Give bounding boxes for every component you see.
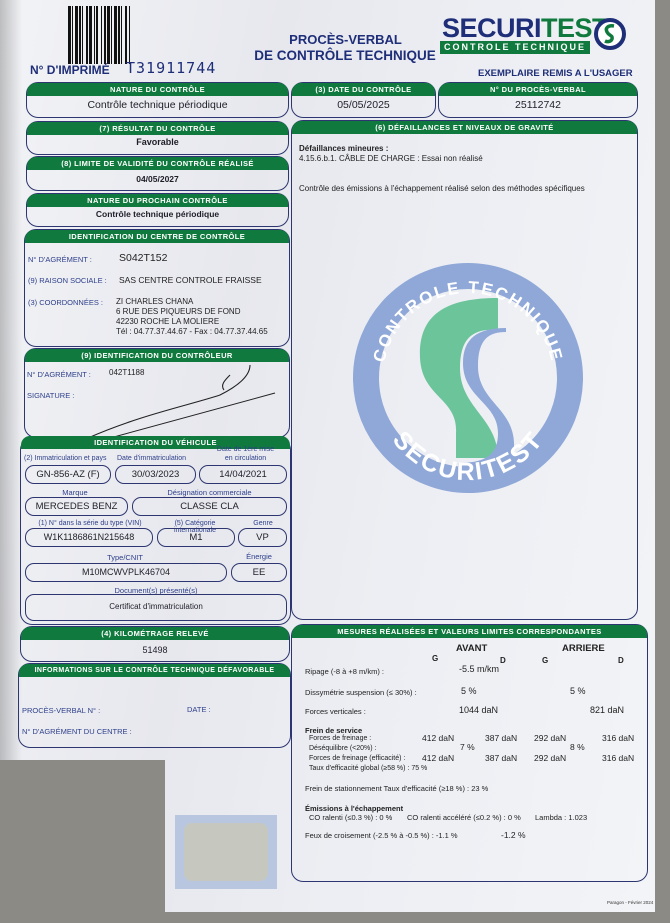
marque-label: Marque [25, 488, 125, 497]
feux-croisement: Feux de croisement (-2.5 % à -0.5 %) : -… [305, 831, 458, 840]
prochain-controle-value: Contrôle technique périodique [27, 209, 288, 219]
taux-global: Taux d'efficacité global (≥58 %) : 75 % [309, 765, 427, 772]
dissymetrie-label: Dissymétrie suspension (≤ 30%) : [305, 688, 417, 697]
nature-controle-header: NATURE DU CONTRÔLE [27, 83, 288, 96]
forces-freinage-rg: 292 daN [534, 733, 566, 743]
desequilibre-arriere: 8 % [570, 742, 585, 752]
type-value: M10MCWVPLK46704 [25, 563, 227, 582]
desequilibre-avant: 7 % [460, 742, 475, 752]
limite-validite-value: 04/05/2027 [27, 174, 288, 184]
frein-service-title: Frein de service [305, 726, 362, 735]
securitest-watermark-icon: CONTROLE TECHNIQUE SECURITEST [348, 258, 588, 498]
vin-label: (1) N° dans la série du type (VIN) [25, 520, 155, 527]
genre-label: Genre [238, 520, 288, 527]
defavorable-header: INFORMATIONS SUR LE CONTRÔLE TECHNIQUE D… [19, 664, 290, 677]
type-label: Type/CNIT [25, 553, 225, 562]
forces-efficacite-rg: 292 daN [534, 753, 566, 763]
centre-coord-line3: 42230 ROCHE LA MOLIERE [116, 317, 219, 326]
numero-imprime-value: T31911744 [126, 59, 216, 77]
defavorable-pv-label: PROCÈS-VERBAL N° : [22, 706, 100, 715]
dissymetrie-avant: 5 % [461, 686, 477, 696]
kilometrage-header: (4) KILOMÉTRAGE RELEVÉ [21, 627, 289, 640]
forces-efficacite-rd: 316 daN [602, 753, 634, 763]
col-g-avant: G [432, 654, 438, 663]
energie-value: EE [231, 563, 287, 582]
col-d-arriere: D [618, 656, 624, 665]
forces-efficacite-ad: 387 daN [485, 753, 517, 763]
centre-header: IDENTIFICATION DU CENTRE DE CONTRÔLE [25, 230, 289, 243]
date-immat-label: Date d'immatriculation [117, 455, 186, 462]
desequilibre-label: Déséquilibre (<20%) : [309, 745, 377, 752]
forces-efficacite-ag: 412 daN [422, 753, 454, 763]
immat-label: (2) Immatriculation et pays [24, 455, 106, 462]
brand-tagline: CONTROLE TECHNIQUE [440, 41, 590, 54]
defavorable-date-label: DATE : [187, 705, 211, 714]
date-controle-header: (3) DATE DU CONTRÔLE [292, 83, 435, 96]
paper-shadow [0, 0, 22, 760]
centre-raison-value: SAS CENTRE CONTROLE FRAISSE [119, 275, 262, 285]
lambda: Lambda : 1.023 [535, 813, 587, 822]
centre-coord-line4: Tél : 04.77.37.44.67 - Fax : 04.77.37.44… [116, 327, 268, 336]
documents-value: Certificat d'immatriculation [25, 594, 287, 621]
centre-coord-line2: 6 RUE DES PIQUEURS DE FOND [116, 307, 240, 316]
forces-verticales-arriere: 821 daN [590, 705, 624, 715]
signature-scribble [80, 360, 280, 440]
printer-footer: Paragon - Février 2024 [607, 900, 653, 905]
brand-logo-text: SECURITEST [442, 13, 608, 44]
categorie-value: M1 [157, 528, 235, 547]
col-g-arriere: G [542, 656, 548, 665]
numero-imprime-label: N° D'IMPRIMÉ [30, 63, 110, 77]
marque-value: MERCEDES BENZ [25, 497, 128, 516]
premiere-mise-label1: Date de 1ère mise [203, 446, 288, 453]
numero-pv-header: N° DU PROCÈS-VERBAL [439, 83, 637, 96]
co-ralenti: CO ralenti (≤0.3 %) : 0 % [309, 813, 392, 822]
mesures-box [291, 624, 648, 882]
centre-agrement-label: N° D'AGRÉMENT : [28, 255, 92, 264]
date-controle-value: 05/05/2025 [292, 99, 435, 111]
forces-freinage-rd: 316 daN [602, 733, 634, 743]
date-immat-value: 30/03/2023 [115, 465, 196, 484]
designation-label: Désignation commerciale [132, 488, 287, 497]
limite-validite-header: (8) LIMITE DE VALIDITÉ DU CONTRÔLE RÉALI… [27, 157, 288, 170]
nature-controle-value: Contrôle technique périodique [27, 99, 288, 111]
brand-name-part1: SECURI [442, 13, 541, 43]
defaillances-mineures-item: 4.15.6.b.1. CÂBLE DE CHARGE : Essai non … [299, 154, 483, 163]
envelope-window-frame [175, 815, 277, 889]
vin-value: W1K1186861N215648 [25, 528, 153, 547]
ripage-label: Ripage (-8 à +8 m/km) : [305, 667, 384, 676]
resultat-header: (7) RÉSULTAT DU CONTRÔLE [27, 122, 288, 135]
premiere-mise-label2: en circulation [203, 455, 288, 462]
frein-stationnement: Frein de stationnement Taux d'efficacité… [305, 784, 488, 793]
signature-label: SIGNATURE : [27, 391, 74, 400]
defaillances-header: (6) DÉFAILLANCES ET NIVEAUX DE GRAVITÉ [292, 121, 637, 134]
forces-efficacite-label: Forces de freinage (efficacité) : [309, 755, 405, 762]
ripage-value: -5.5 m/km [459, 664, 499, 674]
mesures-avant: AVANT [456, 643, 487, 654]
immat-value: GN-856-AZ (F) [25, 465, 111, 484]
feux-croisement-droite: -1.2 % [501, 830, 526, 840]
kilometrage-value: 51498 [21, 645, 289, 655]
designation-value: CLASSE CLA [132, 497, 287, 516]
emissions-title: Émissions à l'échappement [305, 804, 403, 813]
forces-verticales-avant: 1044 daN [459, 705, 498, 715]
mesures-header: MESURES RÉALISÉES ET VALEURS LIMITES COR… [292, 625, 647, 638]
numero-pv-value: 25112742 [439, 99, 637, 111]
barcode [68, 6, 183, 64]
defavorable-agrement-label: N° D'AGRÉMENT DU CENTRE : [22, 727, 132, 736]
forces-freinage-label: Forces de freinage : [309, 735, 371, 742]
forces-freinage-ad: 387 daN [485, 733, 517, 743]
mesures-arriere: ARRIERE [562, 643, 605, 654]
centre-coord-line1: ZI CHARLES CHANA [116, 297, 193, 306]
envelope-window [184, 823, 268, 881]
centre-raison-label: (9) RAISON SOCIALE : [28, 276, 107, 285]
dissymetrie-arriere: 5 % [570, 686, 586, 696]
resultat-value: Favorable [27, 137, 288, 147]
co-ralenti-accelere: CO ralenti accéléré (≤0.2 %) : 0 % [407, 813, 521, 822]
centre-coord-label: (3) COORDONNÉES : [28, 298, 103, 307]
exemplaire-label: EXEMPLAIRE REMIS A L'USAGER [478, 68, 633, 79]
forces-freinage-ag: 412 daN [422, 733, 454, 743]
centre-agrement-value: S042T152 [119, 252, 167, 264]
defaillances-mineures-title: Défaillances mineures : [299, 144, 388, 153]
col-d-avant: D [500, 656, 506, 665]
title-line2: DE CONTRÔLE TECHNIQUE [250, 48, 440, 63]
securitest-logo-icon [594, 18, 626, 50]
prochain-controle-header: NATURE DU PROCHAIN CONTRÔLE [27, 194, 288, 207]
forces-verticales-label: Forces verticales : [305, 707, 366, 716]
premiere-mise-value: 14/04/2021 [199, 465, 287, 484]
genre-value: VP [238, 528, 287, 547]
defaillances-note: Contrôle des émissions à l'échappement r… [299, 184, 585, 193]
title-line1: PROCÈS-VERBAL [258, 32, 433, 47]
energie-label: Énergie [231, 552, 287, 561]
